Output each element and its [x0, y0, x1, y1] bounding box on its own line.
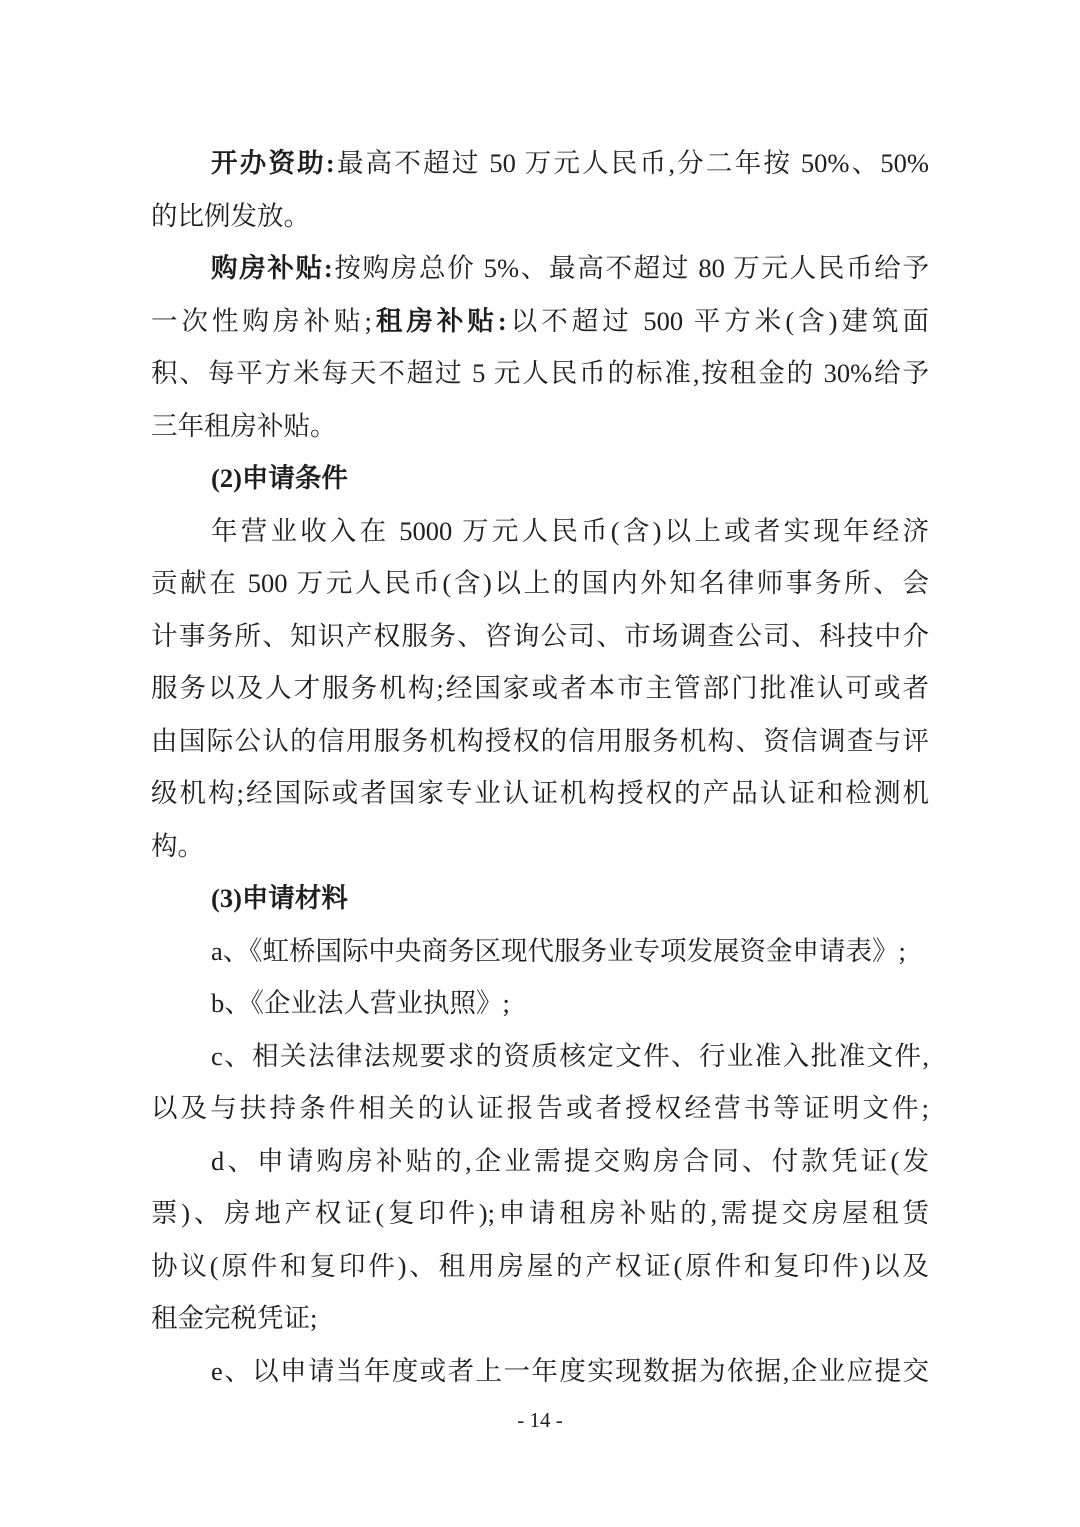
text-line: (2)申请条件: [151, 452, 929, 505]
text-line: e、以申请当年度或者上一年度实现数据为依据,企业应提交: [151, 1345, 929, 1398]
text-line: 由国际公认的信用服务机构授权的信用服务机构、资信调查与评: [151, 715, 929, 768]
text-segment: 贡献在 500 万元人民币(含)以上的国内外知名律师事务所、会: [151, 568, 929, 598]
bold-text-segment: 租房补贴:: [372, 306, 507, 336]
text-segment: 计事务所、知识产权服务、咨询公司、市场调查公司、科技中介: [151, 621, 929, 651]
text-segment: b、《企业法人营业执照》;: [211, 988, 510, 1018]
text-segment: 积、每平方米每天不超过 5 元人民币的标准,按租金的 30%给予: [151, 358, 929, 388]
text-segment: 最高不超过 50 万元人民币,分二年按 50%、50%: [335, 148, 929, 178]
text-line: b、《企业法人营业执照》;: [151, 977, 929, 1030]
text-segment: 服务以及人才服务机构;经国家或者本市主管部门批准认可或者: [151, 673, 929, 703]
text-segment: 的比例发放。: [151, 201, 310, 231]
text-line: 三年租房补贴。: [151, 400, 929, 453]
text-line: 协议(原件和复印件)、租用房屋的产权证(原件和复印件)以及: [151, 1240, 929, 1293]
text-segment: 租金完税凭证;: [151, 1303, 317, 1333]
text-segment: 三年租房补贴。: [151, 411, 337, 441]
text-line: 购房补贴:按购房总价 5%、最高不超过 80 万元人民币给予: [151, 242, 929, 295]
text-segment: 按购房总价 5%、最高不超过 80 万元人民币给予: [333, 253, 929, 283]
bold-text-segment: 购房补贴:: [211, 253, 333, 283]
text-segment: e、以申请当年度或者上一年度实现数据为依据,企业应提交: [211, 1356, 929, 1386]
text-line: 服务以及人才服务机构;经国家或者本市主管部门批准认可或者: [151, 662, 929, 715]
text-line: 贡献在 500 万元人民币(含)以上的国内外知名律师事务所、会: [151, 557, 929, 610]
text-segment: c、相关法律法规要求的资质核定文件、行业准入批准文件,: [211, 1041, 929, 1071]
text-line: 以及与扶持条件相关的认证报告或者授权经营书等证明文件;: [151, 1082, 929, 1135]
text-line: 租金完税凭证;: [151, 1292, 929, 1345]
text-segment: 票)、房地产权证(复印件);申请租房补贴的,需提交房屋租赁: [151, 1198, 929, 1228]
text-line: 一次性购房补贴;租房补贴:以不超过 500 平方米(含)建筑面: [151, 295, 929, 348]
text-line: 年营业收入在 5000 万元人民币(含)以上或者实现年经济: [151, 505, 929, 558]
text-segment: 以不超过 500 平方米(含)建筑面: [507, 306, 929, 336]
text-line: 的比例发放。: [151, 190, 929, 243]
text-segment: 级机构;经国际或者国家专业认证机构授权的产品认证和检测机: [151, 778, 929, 808]
text-line: 级机构;经国际或者国家专业认证机构授权的产品认证和检测机: [151, 767, 929, 820]
text-line: c、相关法律法规要求的资质核定文件、行业准入批准文件,: [151, 1030, 929, 1083]
text-line: 开办资助:最高不超过 50 万元人民币,分二年按 50%、50%: [151, 137, 929, 190]
text-segment: 一次性购房补贴;: [151, 306, 372, 336]
text-segment: 由国际公认的信用服务机构授权的信用服务机构、资信调查与评: [151, 726, 929, 756]
text-line: 计事务所、知识产权服务、咨询公司、市场调查公司、科技中介: [151, 610, 929, 663]
bold-text-segment: (3)申请材料: [211, 883, 348, 913]
text-segment: 构。: [151, 831, 204, 861]
text-line: 积、每平方米每天不超过 5 元人民币的标准,按租金的 30%给予: [151, 347, 929, 400]
text-segment: d、申请购房补贴的,企业需提交购房合同、付款凭证(发: [211, 1146, 929, 1176]
text-line: a、《虹桥国际中央商务区现代服务业专项发展资金申请表》;: [151, 925, 929, 978]
text-segment: 年营业收入在 5000 万元人民币(含)以上或者实现年经济: [211, 516, 929, 546]
document-body: 开办资助:最高不超过 50 万元人民币,分二年按 50%、50%的比例发放。购房…: [151, 137, 929, 1397]
page-number: - 14 -: [0, 1405, 1080, 1435]
text-segment: 协议(原件和复印件)、租用房屋的产权证(原件和复印件)以及: [151, 1251, 929, 1281]
text-line: 构。: [151, 820, 929, 873]
text-segment: a、《虹桥国际中央商务区现代服务业专项发展资金申请表》;: [211, 936, 906, 966]
document-page: 开办资助:最高不超过 50 万元人民币,分二年按 50%、50%的比例发放。购房…: [0, 0, 1080, 1527]
text-line: d、申请购房补贴的,企业需提交购房合同、付款凭证(发: [151, 1135, 929, 1188]
text-line: 票)、房地产权证(复印件);申请租房补贴的,需提交房屋租赁: [151, 1187, 929, 1240]
bold-text-segment: 开办资助:: [211, 148, 335, 178]
text-segment: 以及与扶持条件相关的认证报告或者授权经营书等证明文件;: [151, 1093, 929, 1123]
text-line: (3)申请材料: [151, 872, 929, 925]
bold-text-segment: (2)申请条件: [211, 463, 348, 493]
